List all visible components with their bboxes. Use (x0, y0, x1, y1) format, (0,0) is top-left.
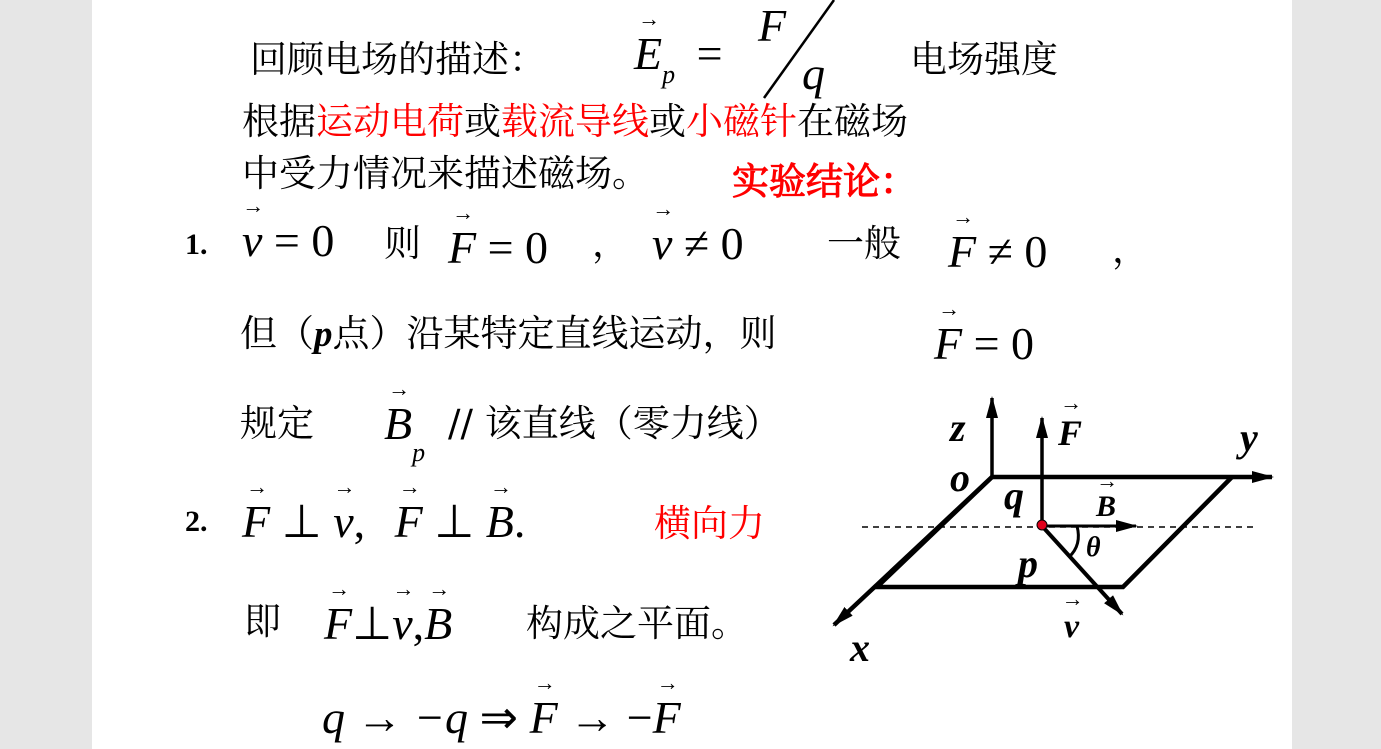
origin-label: o (950, 454, 970, 501)
vector-v: v (1064, 608, 1079, 646)
lorentz-force-diagram (92, 0, 1292, 749)
z-axis-label: z (950, 404, 966, 451)
field-label: B (1096, 490, 1116, 524)
y-axis-label: y (1240, 414, 1258, 461)
force-label: F (1058, 412, 1082, 454)
charge-label: q (1004, 472, 1024, 519)
vector-B: B (1096, 490, 1116, 524)
x-axis-label: x (850, 624, 870, 671)
velocity-label: v (1064, 608, 1079, 646)
theta-label: θ (1086, 532, 1101, 564)
vector-F: F (1058, 412, 1082, 454)
slide: 回顾电场的描述： Ep = F q 电场强度 根据运动电荷或载流导线或小磁针在磁… (92, 0, 1292, 749)
point-p-label: p (1018, 540, 1038, 587)
